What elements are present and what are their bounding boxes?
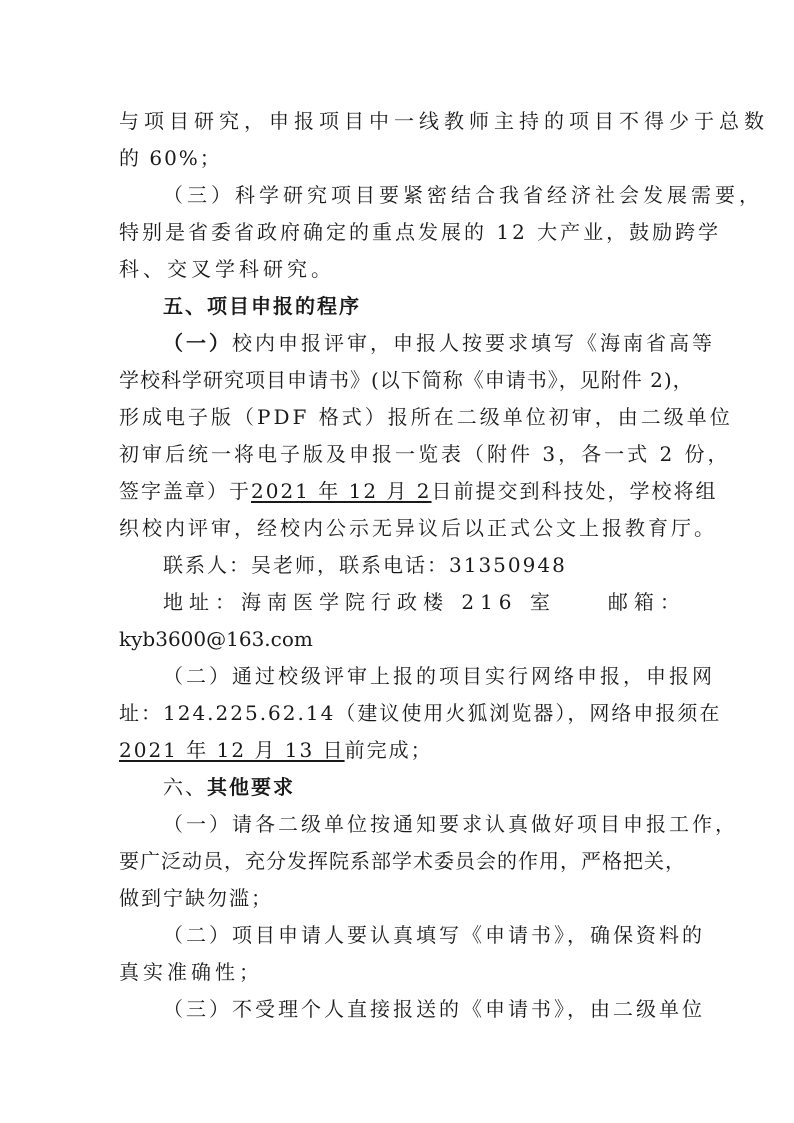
text-line: 真实准确性；	[119, 954, 679, 991]
text-line: 与项目研究，申报项目中一线教师主持的项目不得少于总数	[119, 103, 679, 140]
text-line: 初审后统一将电子版及申报一览表（附件 3，各一式 2 份，	[119, 436, 679, 473]
text-span: 签字盖章）于	[119, 479, 251, 503]
item-marker: （一）	[163, 331, 232, 355]
text-line: （一）校内申报评审，申报人按要求填写《海南省高等	[119, 325, 679, 362]
text-line: 的 60%；	[119, 140, 679, 177]
section-heading-6: 六、其他要求	[119, 769, 679, 806]
contact-line: 联系人：吴老师，联系电话：31350948	[119, 547, 679, 584]
text-line: （三）科学研究项目要紧密结合我省经济社会发展需要，	[119, 177, 679, 214]
text-line: 址：124.225.62.14（建议使用火狐浏览器），网络申报须在	[119, 695, 679, 732]
text-line: （二）通过校级评审上报的项目实行网络申报，申报网	[119, 658, 679, 695]
text-line: 特别是省委省政府确定的重点发展的 12 大产业，鼓励跨学	[119, 214, 679, 251]
text-span: 日前提交到科技处，学校将组	[432, 479, 718, 503]
text-span: 校内申报评审，申报人按要求填写《海南省高等	[232, 331, 715, 355]
deadline-date: 2021 年 12 月 2	[251, 479, 432, 503]
text-span: 前完成；	[345, 738, 433, 762]
text-line: （三）不受理个人直接报送的《申请书》，由二级单位	[119, 991, 679, 1028]
text-line: 学校科学研究项目申请书》(以下简称《申请书》，见附件 2)，	[119, 362, 679, 399]
text-line: 织校内评审，经校内公示无异议后以正式公文上报教育厅。	[119, 510, 679, 547]
address-line: 地址：海南医学院行政楼 216 室 邮箱：	[119, 584, 679, 621]
text-line: 要广泛动员，充分发挥院系部学术委员会的作用，严格把关，	[119, 843, 679, 880]
text-line: （一）请各二级单位按通知要求认真做好项目申报工作，	[119, 806, 679, 843]
heading-text: 其他要求	[207, 775, 295, 799]
text-line: 2021 年 12 月 13 日前完成；	[119, 732, 679, 769]
text-line: 科、交叉学科研究。	[119, 251, 679, 288]
document-page: 与项目研究，申报项目中一线教师主持的项目不得少于总数 的 60%； （三）科学研…	[119, 103, 679, 1028]
text-line: 签字盖章）于2021 年 12 月 2日前提交到科技处，学校将组	[119, 473, 679, 510]
text-line: （二）项目申请人要认真填写《申请书》，确保资料的	[119, 917, 679, 954]
text-line: 形成电子版（PDF 格式）报所在二级单位初审，由二级单位	[119, 399, 679, 436]
text-line: 做到宁缺勿滥；	[119, 880, 679, 917]
deadline-date: 2021 年 12 月 13 日	[119, 738, 345, 762]
email-address: kyb3600@163.com	[119, 621, 679, 658]
section-heading-5: 五、项目申报的程序	[119, 288, 679, 325]
heading-prefix: 六、	[163, 775, 207, 799]
